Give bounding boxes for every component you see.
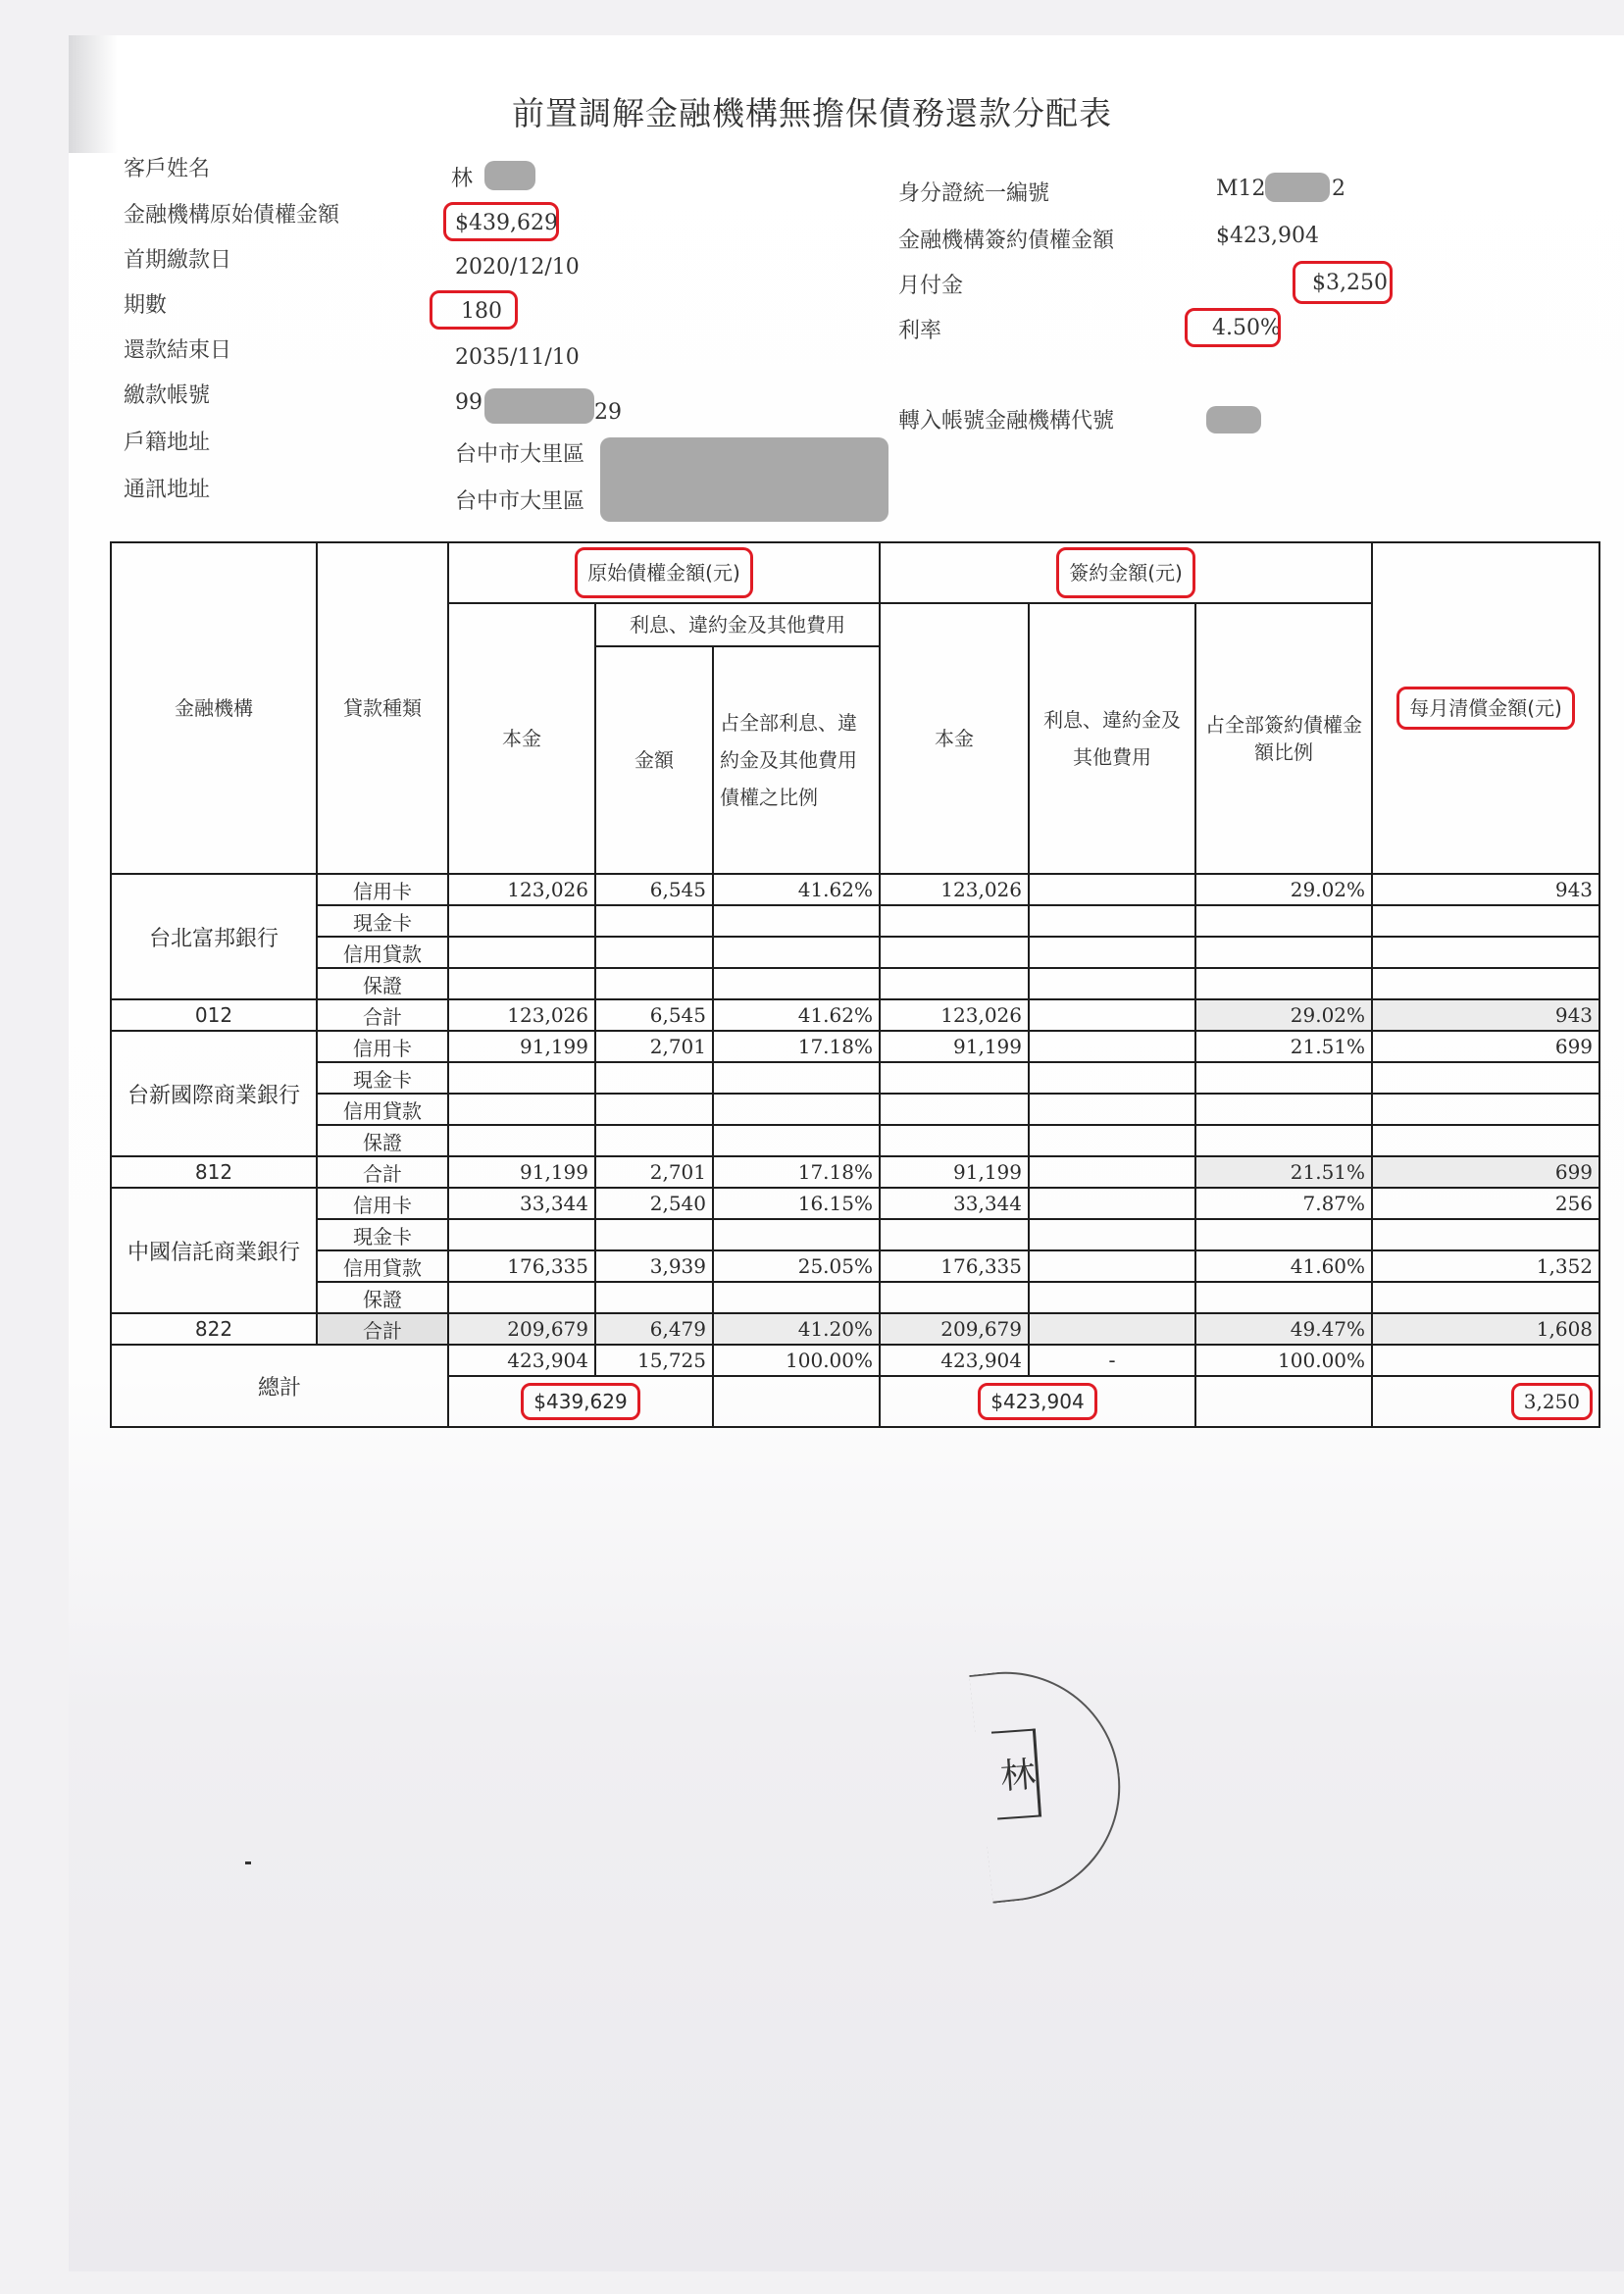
cell-principal: 91,199 <box>448 1031 595 1062</box>
cell-principal <box>448 937 595 968</box>
value-account-suffix: 29 <box>594 400 622 425</box>
cell-c-interest <box>1029 1282 1195 1313</box>
highlight-monthly-payment <box>1293 261 1393 304</box>
cell-amount: 2,540 <box>595 1188 713 1219</box>
subtotal-c-interest <box>1029 1313 1195 1345</box>
highlight-term-count <box>430 290 518 330</box>
total-label: 總計 <box>111 1345 448 1427</box>
subtotal-amount: 6,545 <box>595 999 713 1031</box>
scan-speck <box>245 1861 251 1864</box>
cell-c-principal <box>880 1282 1029 1313</box>
cell-c-ratio: 21.51% <box>1195 1031 1372 1062</box>
header-contract-group: 簽約金額(元) <box>880 542 1372 603</box>
cell-principal: 33,344 <box>448 1188 595 1219</box>
label-bank-code: 轉入帳號金融機構代號 <box>898 404 1114 434</box>
subtotal-principal: 91,199 <box>448 1156 595 1188</box>
label-mailing-address: 通訊地址 <box>124 473 210 503</box>
subtotal-label: 合計 <box>317 1313 448 1345</box>
subtotal-ratio: 41.62% <box>713 999 880 1031</box>
subtotal-c-ratio: 49.47% <box>1195 1313 1372 1345</box>
cell-monthly <box>1372 1219 1599 1250</box>
table-row: 台新國際商業銀行信用卡91,1992,70117.18%91,19921.51%… <box>111 1031 1599 1062</box>
cell-amount: 3,939 <box>595 1250 713 1282</box>
subtotal-ratio: 41.20% <box>713 1313 880 1345</box>
loan-type: 信用卡 <box>317 1031 448 1062</box>
cell-c-interest <box>1029 1094 1195 1125</box>
highlight-interest-rate <box>1185 308 1281 347</box>
cell-monthly: 943 <box>1372 874 1599 905</box>
header-interest-ratio: 占全部利息、違約金及其他費用債權之比例 <box>713 646 880 874</box>
total-ratio: 100.00% <box>713 1345 880 1376</box>
highlight-original-group: 原始債權金額(元) <box>575 547 753 598</box>
total-c-ratio: 100.00% <box>1195 1345 1372 1376</box>
cell-amount <box>595 905 713 937</box>
empty-cell <box>1195 1376 1372 1427</box>
cell-c-ratio <box>1195 1062 1372 1094</box>
cell-ratio <box>713 1094 880 1125</box>
monthly-sum-cell: 3,250 <box>1372 1376 1599 1427</box>
loan-type: 信用貸款 <box>317 937 448 968</box>
label-id-number: 身分證統一編號 <box>898 177 1049 207</box>
cell-ratio: 17.18% <box>713 1031 880 1062</box>
header-institution: 金融機構 <box>111 542 317 874</box>
subtotal-c-interest <box>1029 999 1195 1031</box>
cell-amount <box>595 1062 713 1094</box>
cell-amount <box>595 1219 713 1250</box>
cell-amount <box>595 1282 713 1313</box>
table-body: 台北富邦銀行信用卡123,0266,54541.62%123,02629.02%… <box>111 874 1599 1427</box>
cell-principal <box>448 968 595 999</box>
cell-c-ratio <box>1195 1094 1372 1125</box>
subtotal-row: 812合計91,1992,70117.18%91,19921.51%699 <box>111 1156 1599 1188</box>
cell-c-interest <box>1029 1250 1195 1282</box>
cell-ratio <box>713 1282 880 1313</box>
bank-code: 012 <box>111 999 317 1031</box>
redaction-id <box>1265 173 1330 202</box>
header-original-group: 原始債權金額(元) <box>448 542 880 603</box>
cell-c-principal <box>880 1125 1029 1156</box>
bank-name: 台北富邦銀行 <box>111 874 317 999</box>
redaction-account <box>484 388 594 424</box>
table-row: 保證 <box>111 968 1599 999</box>
table-row: 保證 <box>111 1282 1599 1313</box>
label-interest-rate: 利率 <box>898 314 941 344</box>
cell-monthly <box>1372 1094 1599 1125</box>
cell-ratio <box>713 1062 880 1094</box>
subtotal-monthly: 943 <box>1372 999 1599 1031</box>
cell-c-principal: 176,335 <box>880 1250 1029 1282</box>
cell-principal: 123,026 <box>448 874 595 905</box>
label-household-address: 戶籍地址 <box>124 426 210 456</box>
label-customer-name: 客戶姓名 <box>124 152 210 182</box>
redaction-bank-code <box>1206 406 1261 433</box>
loan-type: 保證 <box>317 1125 448 1156</box>
cell-principal <box>448 1282 595 1313</box>
cell-monthly <box>1372 905 1599 937</box>
loan-type: 信用卡 <box>317 874 448 905</box>
loan-type: 信用卡 <box>317 1188 448 1219</box>
subtotal-row: 012合計123,0266,54541.62%123,02629.02%943 <box>111 999 1599 1031</box>
cell-amount <box>595 937 713 968</box>
subtotal-label: 合計 <box>317 999 448 1031</box>
seal-stamp: 林 <box>991 1729 1041 1820</box>
header-contract-interest: 利息、違約金及其他費用 <box>1029 603 1195 874</box>
total-principal: 423,904 <box>448 1345 595 1376</box>
table-row: 信用貸款176,3353,93925.05%176,33541.60%1,352 <box>111 1250 1599 1282</box>
subtotal-c-principal: 91,199 <box>880 1156 1029 1188</box>
bank-name: 中國信託商業銀行 <box>111 1188 317 1313</box>
page-title: 前置調解金融機構無擔保債務還款分配表 <box>0 88 1624 134</box>
total-amount: 15,725 <box>595 1345 713 1376</box>
cell-amount: 6,545 <box>595 874 713 905</box>
cell-monthly <box>1372 1062 1599 1094</box>
cell-principal: 176,335 <box>448 1250 595 1282</box>
subtotal-amount: 2,701 <box>595 1156 713 1188</box>
total-monthly <box>1372 1345 1599 1376</box>
total-row: 總計423,90415,725100.00%423,904-100.00% <box>111 1345 1599 1376</box>
cell-c-interest <box>1029 1219 1195 1250</box>
header-interest-group: 利息、違約金及其他費用 <box>595 603 880 646</box>
cell-ratio <box>713 1125 880 1156</box>
cell-c-interest <box>1029 937 1195 968</box>
highlight-contract-group: 簽約金額(元) <box>1056 547 1195 598</box>
table-row: 信用貸款 <box>111 937 1599 968</box>
cell-monthly <box>1372 937 1599 968</box>
original-sum-cell: $439,629 <box>448 1376 713 1427</box>
table-row: 中國信託商業銀行信用卡33,3442,54016.15%33,3447.87%2… <box>111 1188 1599 1219</box>
cell-principal <box>448 905 595 937</box>
cell-monthly: 699 <box>1372 1031 1599 1062</box>
cell-c-ratio: 29.02% <box>1195 874 1372 905</box>
cell-c-principal: 33,344 <box>880 1188 1029 1219</box>
cell-ratio <box>713 1219 880 1250</box>
value-first-payment-date: 2020/12/10 <box>455 255 580 280</box>
highlight-original-sum: $439,629 <box>521 1383 639 1420</box>
subtotal-c-principal: 123,026 <box>880 999 1029 1031</box>
cell-c-principal: 91,199 <box>880 1031 1029 1062</box>
cell-c-ratio <box>1195 1282 1372 1313</box>
header-amount: 金額 <box>595 646 713 874</box>
cell-monthly: 1,352 <box>1372 1250 1599 1282</box>
highlight-contract-sum: $423,904 <box>978 1383 1096 1420</box>
cell-c-ratio <box>1195 1219 1372 1250</box>
cell-monthly <box>1372 1282 1599 1313</box>
loan-type: 現金卡 <box>317 905 448 937</box>
value-customer-name: 林 <box>451 162 473 192</box>
cell-c-ratio <box>1195 1125 1372 1156</box>
contract-sum-cell: $423,904 <box>880 1376 1195 1427</box>
subtotal-principal: 209,679 <box>448 1313 595 1345</box>
highlight-original-claim <box>443 202 559 241</box>
cell-c-ratio <box>1195 968 1372 999</box>
cell-monthly: 256 <box>1372 1188 1599 1219</box>
bank-code: 812 <box>111 1156 317 1188</box>
cell-c-principal <box>880 905 1029 937</box>
cell-c-principal <box>880 1219 1029 1250</box>
subtotal-monthly: 1,608 <box>1372 1313 1599 1345</box>
label-end-date: 還款結束日 <box>124 333 231 364</box>
subtotal-c-ratio: 29.02% <box>1195 999 1372 1031</box>
bank-name: 台新國際商業銀行 <box>111 1031 317 1156</box>
cell-principal <box>448 1062 595 1094</box>
bank-code: 822 <box>111 1313 317 1345</box>
cell-c-interest <box>1029 1031 1195 1062</box>
label-original-claim: 金融機構原始債權金額 <box>124 198 339 229</box>
header-monthly: 每月清償金額(元) <box>1372 542 1599 874</box>
cell-c-ratio <box>1195 937 1372 968</box>
value-account-prefix: 99 <box>455 390 482 415</box>
subtotal-ratio: 17.18% <box>713 1156 880 1188</box>
cell-c-interest <box>1029 1188 1195 1219</box>
subtotal-c-principal: 209,679 <box>880 1313 1029 1345</box>
header-contract-ratio: 占全部簽約債權金額比例 <box>1195 603 1372 874</box>
cell-c-interest <box>1029 874 1195 905</box>
value-id-suffix: 2 <box>1332 177 1345 201</box>
cell-monthly <box>1372 968 1599 999</box>
total-c-principal: 423,904 <box>880 1345 1029 1376</box>
loan-type: 現金卡 <box>317 1062 448 1094</box>
value-end-date: 2035/11/10 <box>455 345 580 370</box>
subtotal-amount: 6,479 <box>595 1313 713 1345</box>
cell-ratio: 25.05% <box>713 1250 880 1282</box>
label-payment-account: 繳款帳號 <box>124 379 210 409</box>
empty-cell <box>713 1376 880 1427</box>
table-row: 現金卡 <box>111 1062 1599 1094</box>
loan-type: 保證 <box>317 968 448 999</box>
table-row: 保證 <box>111 1125 1599 1156</box>
cell-principal <box>448 1094 595 1125</box>
table-row: 信用貸款 <box>111 1094 1599 1125</box>
cell-amount <box>595 968 713 999</box>
cell-c-ratio <box>1195 905 1372 937</box>
cell-amount <box>595 1094 713 1125</box>
value-household-address: 台中市大里區 <box>455 437 584 468</box>
cell-c-interest <box>1029 905 1195 937</box>
cell-c-ratio: 7.87% <box>1195 1188 1372 1219</box>
loan-type: 信用貸款 <box>317 1250 448 1282</box>
cell-ratio <box>713 968 880 999</box>
cell-c-principal: 123,026 <box>880 874 1029 905</box>
cell-ratio: 16.15% <box>713 1188 880 1219</box>
loan-type: 信用貸款 <box>317 1094 448 1125</box>
cell-c-interest <box>1029 1062 1195 1094</box>
header-contract-principal: 本金 <box>880 603 1029 874</box>
redaction-name <box>484 161 535 190</box>
cell-c-principal <box>880 1094 1029 1125</box>
highlight-monthly: 每月清償金額(元) <box>1396 687 1575 730</box>
cell-principal <box>448 1125 595 1156</box>
subtotal-c-interest <box>1029 1156 1195 1188</box>
subtotal-c-ratio: 21.51% <box>1195 1156 1372 1188</box>
cell-ratio <box>713 905 880 937</box>
value-mailing-address: 台中市大里區 <box>455 484 584 515</box>
redaction-address <box>600 437 888 522</box>
highlight-monthly-sum: 3,250 <box>1511 1383 1593 1420</box>
subtotal-label: 合計 <box>317 1156 448 1188</box>
cell-principal <box>448 1219 595 1250</box>
subtotal-row: 822合計209,6796,47941.20%209,67949.47%1,60… <box>111 1313 1599 1345</box>
cell-amount: 2,701 <box>595 1031 713 1062</box>
subtotal-principal: 123,026 <box>448 999 595 1031</box>
label-contract-claim: 金融機構簽約債權金額 <box>898 224 1114 254</box>
label-monthly-payment: 月付金 <box>898 269 963 299</box>
cell-c-principal <box>880 937 1029 968</box>
cell-c-interest <box>1029 968 1195 999</box>
label-term-count: 期數 <box>124 288 167 319</box>
total-c-interest: - <box>1029 1345 1195 1376</box>
table-row: 現金卡 <box>111 905 1599 937</box>
cell-ratio <box>713 937 880 968</box>
subtotal-monthly: 699 <box>1372 1156 1599 1188</box>
cell-amount <box>595 1125 713 1156</box>
repayment-allocation-table: 金融機構 貸款種類 原始債權金額(元) 簽約金額(元) 每月清償金額(元) 本金… <box>110 541 1600 1428</box>
value-id-prefix: M12 <box>1216 177 1266 201</box>
cell-ratio: 41.62% <box>713 874 880 905</box>
cell-c-ratio: 41.60% <box>1195 1250 1372 1282</box>
header-principal: 本金 <box>448 603 595 874</box>
cell-c-principal <box>880 1062 1029 1094</box>
cell-c-interest <box>1029 1125 1195 1156</box>
cell-monthly <box>1372 1125 1599 1156</box>
loan-type: 保證 <box>317 1282 448 1313</box>
label-first-payment-date: 首期繳款日 <box>124 243 231 274</box>
value-contract-claim: $423,904 <box>1216 224 1319 248</box>
header-loan-type: 貸款種類 <box>317 542 448 874</box>
table-row: 台北富邦銀行信用卡123,0266,54541.62%123,02629.02%… <box>111 874 1599 905</box>
cell-c-principal <box>880 968 1029 999</box>
loan-type: 現金卡 <box>317 1219 448 1250</box>
table-row: 現金卡 <box>111 1219 1599 1250</box>
